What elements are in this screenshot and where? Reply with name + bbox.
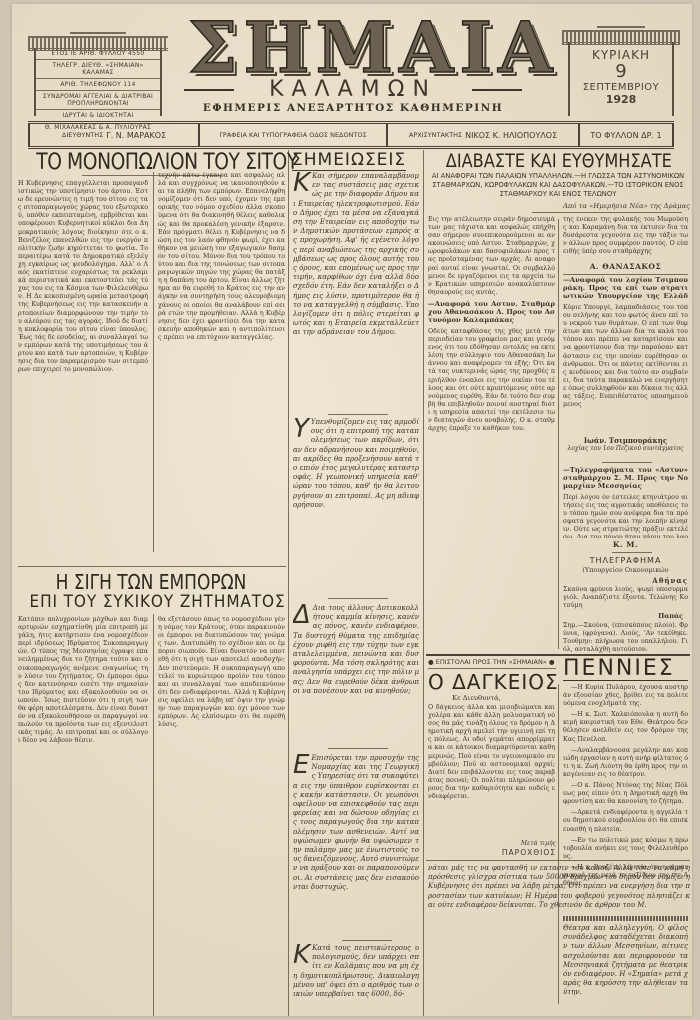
column-rule [423, 150, 424, 1016]
report-title-3: —Τηλεγραφήματα του «Αστυν» σταθμάρχου Σ.… [563, 466, 688, 492]
signature-text: Κ. Μ. [613, 540, 638, 549]
bullet-icon: ● [549, 658, 555, 666]
notes-paragraph-1: ΚΚαι σήμερον επαναλαμβάνομεν τας συστάσε… [293, 172, 419, 410]
headline-fig-question: ΕΠΙ ΤΟΥ ΣΥΚΙΚΟΥ ΖΗΤΗΜΑΤΟΣ [30, 592, 273, 612]
telegram-body: Σκαύνα φρύνια λιούς, ψωμί υποσυρμα γιόλ.… [563, 586, 688, 612]
article-subhead: ΑΙ ΑΝΑΦΟΡΑΙ ΤΩΝ ΠΑΛΑΙΩΝ ΥΠΑΛΛΗΛΩΝ.—Η ΓΛΩ… [426, 172, 690, 199]
telegram-subtitle: (Υπουργείον Οικονομικών [563, 566, 688, 574]
subscription-note: ΣΥΝΔΡΟΜΑΙ ΑΓΓΕΛΙΑΙ & ΔΙΑΤΡΙΒΑΙ ΠΡΟΠΛΗΡΩΝ… [36, 91, 160, 110]
article-body-read-col2: της ένεκεν της φυλακής του Μωρούσης και … [563, 216, 688, 260]
offices-address: ΓΡΑΦΕΙΑ ΚΑΙ ΤΥΠΟΓΡΑΦΕΙΑ ΟΔΟΣ ΝΕΔΟΝΤΟΣ [219, 131, 366, 139]
headline-pennies: ΠΕΝΝΙΕΣ [563, 658, 688, 681]
section-divider [428, 668, 556, 669]
masthead: ΕΤΟΣ ΙΕ ΑΡΙΘ. ΦΥΛΛΟΥ 4550 ΤΗΛΕΓΡ. ΔΙΕΥΘ.… [12, 4, 692, 116]
signature-name: Ιωάν. Τσιμπουράκης [563, 436, 688, 445]
notes-text-5: Κατά τους πειστικώτερους υπολογισμούς, δ… [293, 944, 419, 998]
signature-km: Κ. Μ. [563, 540, 688, 549]
issue-price: ΤΟ ΦΥΛΛΟΝ ΔΡ. 1 [590, 131, 661, 140]
report-title-1: —Αναφορά του Αστυν. Σταθμάρχου Αθανασάκο… [428, 300, 555, 326]
section-divider [342, 940, 392, 941]
article-body-read-col1b: Οδεύς καταφθάσας της χθες μετά την περιο… [428, 328, 555, 648]
drop-cap: Ε [293, 754, 309, 776]
telegram-title: ΤΗΛΕΓΡΑΦΗΜΑ [563, 556, 688, 565]
article-body-read-col2b: Κύριε Υπουργέ, λαμπαδιάσεις του τόπου σε… [563, 304, 688, 434]
director-cell: ΔΙΕΥΘΥΝΤΗΣ Γ. Ν. ΜΑΡΑΚΟΣ [28, 124, 200, 146]
letter-signoff: Μετά τιμής [428, 840, 556, 847]
column-rule [558, 219, 559, 649]
director-label: ΔΙΕΥΘΥΝΤΗΣ [62, 131, 103, 139]
telegram-postscript: Σημ.—Σκούνα, (επισκόπους πλοίο). Φρύνια,… [563, 622, 688, 654]
headline-read-and-laugh: ΔΙΑΒΑΣΤΕ ΚΑΙ ΕΥΘΥΜΗΣΑΤΕ [446, 150, 670, 172]
headline-dengue: Ο ΔΑΓΚΕΙΟΣ [428, 670, 556, 694]
notes-paragraph-2: ΥΥπενθυμίζομεν εις τας αρμοδίους ότι η ε… [293, 418, 419, 588]
ornamental-roof-icon [562, 30, 680, 45]
list-item: —Ο κ. Πάνος Ντόνας της Νέας Πόλεως μας ε… [563, 782, 688, 806]
price-cell: ΤΟ ΦΥΛΛΟΝ ΔΡ. 1 [580, 124, 674, 146]
signature-tsimpourakis: Ιωάν. Τσιμπουράκης λοχίας του 1ου Πεζικο… [563, 436, 688, 452]
staff-info-bar: ΔΙΕΥΘΥΝΤΗΣ Γ. Ν. ΜΑΡΑΚΟΣ ΓΡΑΦΕΙΑ ΚΑΙ ΤΥΠ… [28, 121, 674, 149]
notes-paragraph-5: ΚΚατά τους πειστικώτερους υπολογισμούς, … [293, 944, 419, 1014]
telegraph-address: ΤΗΛΕΓΡ. ΔΙΕΥΘ. «ΣΗΜΑΙΑΝ» ΚΑΛΑΜΑΣ [36, 60, 160, 79]
drop-cap: Δ [293, 604, 311, 626]
list-item: —Η Κυρία Πυλάρου, έχουσα αυστηράν εξουσί… [563, 684, 688, 708]
newspaper-city: ΚΑΛΑΜΩΝ [188, 77, 518, 102]
letters-label: ● ΕΠΙΣΤΟΛΑΙ ΠΡΟΣ ΤΗΝ «ΣΗΜΑΙΑΝ» ● [428, 658, 556, 666]
section-divider [328, 598, 388, 599]
letters-label-text: ΕΠΙΣΤΟΛΑΙ ΠΡΟΣ ΤΗΝ «ΣΗΜΑΙΑΝ» [436, 658, 547, 666]
list-item: —Αρκετά ενδιαφέροντα η αγγελία του δημοτ… [563, 809, 688, 833]
section-divider [563, 274, 688, 275]
drop-cap: Υ [293, 418, 309, 440]
letter-signature: ΠΑΡΟΧΘΙΟΣ [428, 848, 556, 857]
year: 1928 [570, 93, 672, 106]
column-rule [153, 614, 154, 1016]
section-divider [328, 414, 388, 415]
offices-cell: ΓΡΑΦΕΙΑ ΚΑΙ ΤΥΠΟΓΡΑΦΕΙΑ ΟΔΟΣ ΝΕΔΟΝΤΟΣ [200, 124, 388, 146]
article-body-merchants-col2: θα εξετάσουν όπως το νομοσχέδιον γένη νό… [158, 616, 285, 1014]
editor-cell: ΑΡΧΙΣΥΝΤΑΚΤΗΣ ΝΙΚΟΣ Κ. ΗΛΙΟΠΟΥΛΟΣ [388, 124, 580, 146]
signature-thanasakos: Α. ΘΑΝΑΣΑΚΟΣ [563, 262, 688, 271]
phone-number: ΑΡΙΘ. ΤΗΛΕΦΩΝΟΥ 114 [36, 79, 160, 91]
notes-text-3: Δια τους άλλους Δυτικοκολλήτους καμμία κ… [293, 604, 419, 695]
pennies-closing: Θέατρα και αλληλεγγύη. Ο φίλος συνάδελφο… [563, 924, 688, 1014]
list-item: —Εν τω πολιτικώ μας κόσμω η πρωτοβουλία … [563, 837, 688, 861]
article-body-monopoly-col2: τεχνήν κάτω έγκαιρα και ασφαλώς αλλά και… [158, 172, 285, 564]
section-divider [602, 462, 652, 463]
weekday: ΚΥΡΙΑΚΗ [570, 48, 672, 62]
column-rule [153, 172, 154, 552]
section-divider [612, 552, 652, 553]
letter-salutation: Κε Διευθυντά, [428, 694, 580, 702]
notes-text-4: Επισύρεται την προσοχήν της Νομαρχίας κα… [293, 754, 419, 891]
section-divider [18, 566, 286, 567]
editor-name: ΝΙΚΟΣ Κ. ΗΛΙΟΠΟΥΛΟΣ [465, 131, 557, 140]
director-name: Γ. Ν. ΜΑΡΑΚΟΣ [106, 131, 166, 140]
newspaper-tagline: ΕΦΗΜΕΡΙΣ ΑΝΕΞΑΡΤΗΤΟΣ ΚΑΘΗΜΕΡΙΝΗ [188, 102, 518, 114]
section-divider [328, 748, 388, 749]
column-rule [288, 150, 289, 1016]
notes-title: ΣΗΜΕΙΩΣΕΙΣ [292, 150, 406, 171]
article-body-read-col1: Εις την ατέλειωτην σειράν δημοσιευμάτων … [428, 216, 555, 298]
month: ΣΕΠΤΕΜΒΡΙΟΥ [570, 82, 672, 93]
signature-role: λοχίας του 1ου Πεζικού συντάγματος [563, 445, 688, 452]
report-title-2: —Αναφορά του λοχίου Τσιμπουράκη. Προς τα… [563, 276, 688, 302]
date-box: ΚΥΡΙΑΚΗ 9 ΣΕΠΤΕΜΒΡΙΟΥ 1928 [568, 42, 674, 116]
editor-label: ΑΡΧΙΣΥΝΤΑΚΤΗΣ [409, 131, 462, 139]
publication-info-box: ΕΤΟΣ ΙΕ ΑΡΙΘ. ΦΥΛΛΟΥ 4550 ΤΗΛΕΓΡ. ΔΙΕΥΘ.… [34, 48, 162, 116]
article-body-merchants-col1: Κατόπιν πολυχρονίων μόχθων και διαμαρτυρ… [18, 616, 148, 1014]
list-item: —Η κ. Ρουζέτα λέγεται ότι η συμπεριφορά … [563, 864, 688, 888]
headline-notes: ΣΗΜΕΙΩΣΕΙΣ [292, 150, 382, 170]
notes-text-2: Υπενθυμίζομεν εις τας αρμοδίους ότι η επ… [293, 418, 419, 509]
article-source: Από τα «Ημερήσια Νέα» της Δράμας [512, 202, 690, 211]
notes-paragraph-4: ΕΕπισύρεται την προσοχήν της Νομαρχίας κ… [293, 754, 419, 936]
list-item: —Η κ. Σωτ. Χαλκιόπουλα η αυτή δοκιμή και… [563, 711, 688, 743]
article-body-monopoly-col1: Η Κυβέρνησις επαγγέλλεται προπαγανδιστικ… [18, 180, 148, 564]
ornamental-divider [563, 916, 688, 921]
pennies-list: —Η Κυρία Πυλάρου, έχουσα αυστηράν εξουσί… [563, 684, 688, 904]
drop-cap: Κ [293, 172, 310, 194]
headline-merchants-silence: Η ΣΙΓΗ ΤΩΝ ΕΜΠΟΡΩΝ [36, 570, 266, 594]
list-item: —Αναλαμβάνουσα μεγάλην και κοπιώδη εργασ… [563, 747, 688, 779]
source-underline [532, 212, 682, 213]
newspaper-title: ΣΗΜΑΙΑ [188, 12, 518, 84]
signature-text: Α. ΘΑΝΑΣΑΚΟΣ [590, 262, 662, 271]
letter-body-1: Ο δάγκειος άλλα και μισοβιώματα και χολέ… [428, 704, 555, 838]
ornamental-roof-icon [28, 36, 168, 51]
telegram-signature: Παπάς [563, 612, 683, 620]
notes-text-1: Και σήμερον επαναλαμβάνομεν τας συστάσει… [293, 172, 419, 336]
day-number: 9 [570, 62, 672, 82]
notes-paragraph-3: ΔΔια τους άλλους Δυτικοκολλήτους καμμία … [293, 604, 419, 744]
newspaper-page: ΕΤΟΣ ΙΕ ΑΡΙΘ. ΦΥΛΛΟΥ 4550 ΤΗΛΕΓΡ. ΔΙΕΥΘ.… [12, 4, 692, 1016]
article-body-read-col2c: Περί λόγου όν έστειλες κτηνιάτρου αιτήσε… [563, 494, 688, 538]
drop-cap: Κ [293, 944, 310, 966]
telegram-place: Αθήνας [563, 576, 688, 585]
bullet-icon: ● [428, 658, 434, 666]
